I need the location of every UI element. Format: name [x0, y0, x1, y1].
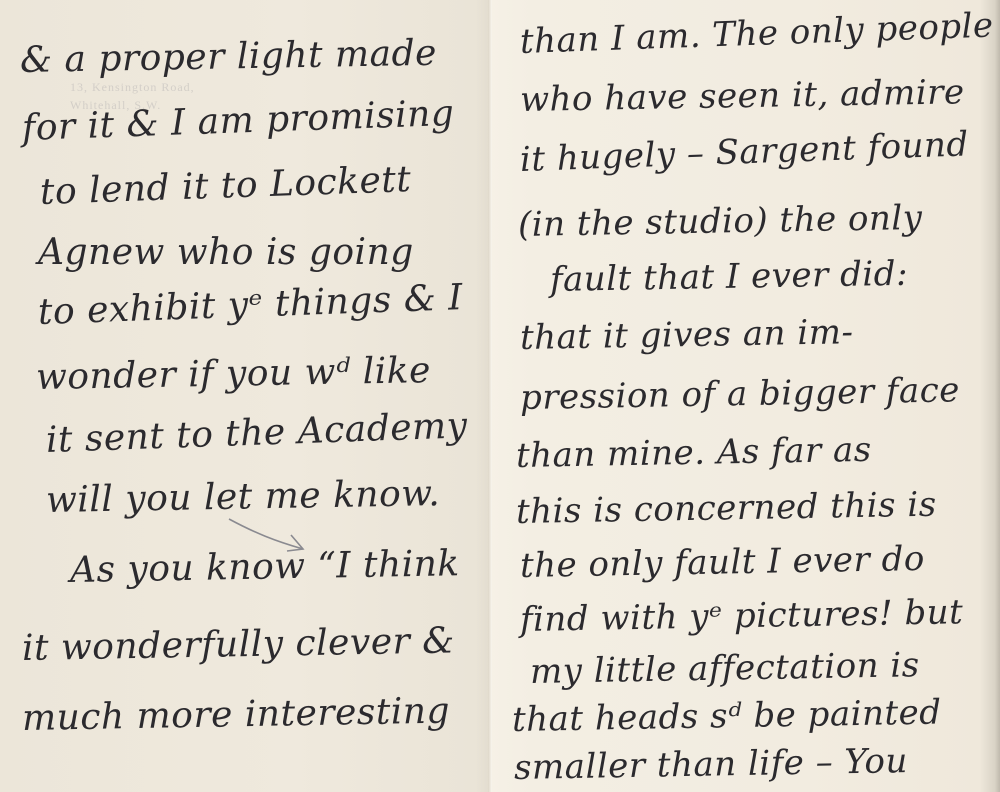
handwritten-line: the only fault I ever do: [520, 539, 925, 586]
handwritten-line: it hugely – Sargent found: [519, 124, 969, 180]
handwritten-line: than mine. As far as: [516, 430, 872, 476]
handwritten-line: it wonderfully clever &: [22, 620, 455, 669]
handwritten-line: smaller than life – You: [514, 741, 908, 788]
handwritten-line: than I am. The only people: [519, 5, 994, 62]
handwritten-line: that heads sᵈ be painted: [512, 693, 942, 740]
handwritten-line: find with yᵉ pictures! but: [520, 592, 964, 640]
handwritten-line: my little affectation is: [530, 645, 920, 692]
handwritten-line: it sent to the Academy: [45, 405, 468, 461]
handwritten-line: wonder if you wᵈ like: [36, 350, 432, 398]
handwritten-line: that it gives an im-: [520, 312, 854, 358]
right-page: than I am. The only people who have seen…: [490, 0, 1000, 792]
letter-spread: 13, Kensington Road, Whitehall, S.W. & a…: [0, 0, 1000, 792]
handwritten-line: (in the studio) the only: [518, 198, 923, 245]
handwritten-line: much more interesting: [22, 691, 451, 739]
handwritten-line: will you let me know.: [46, 473, 441, 521]
handwritten-line: & a proper light made: [20, 33, 438, 81]
handwritten-line: to lend it to Lockett: [39, 159, 412, 213]
handwritten-line: who have seen it, admire: [520, 72, 965, 120]
handwritten-line: Agnew who is going: [38, 232, 414, 273]
handwritten-line: fault that I ever did:: [550, 254, 909, 300]
handwritten-line: As you know “I think: [70, 543, 460, 591]
left-page: 13, Kensington Road, Whitehall, S.W. & a…: [0, 0, 490, 792]
page-fold-divider: [488, 0, 492, 792]
letterhead-line: 13, Kensington Road,: [70, 78, 195, 96]
handwritten-line: to exhibit yᵉ things & I: [37, 277, 463, 333]
handwritten-line: pression of a bigger face: [520, 370, 961, 418]
handwritten-line: this is concerned this is: [516, 485, 937, 532]
